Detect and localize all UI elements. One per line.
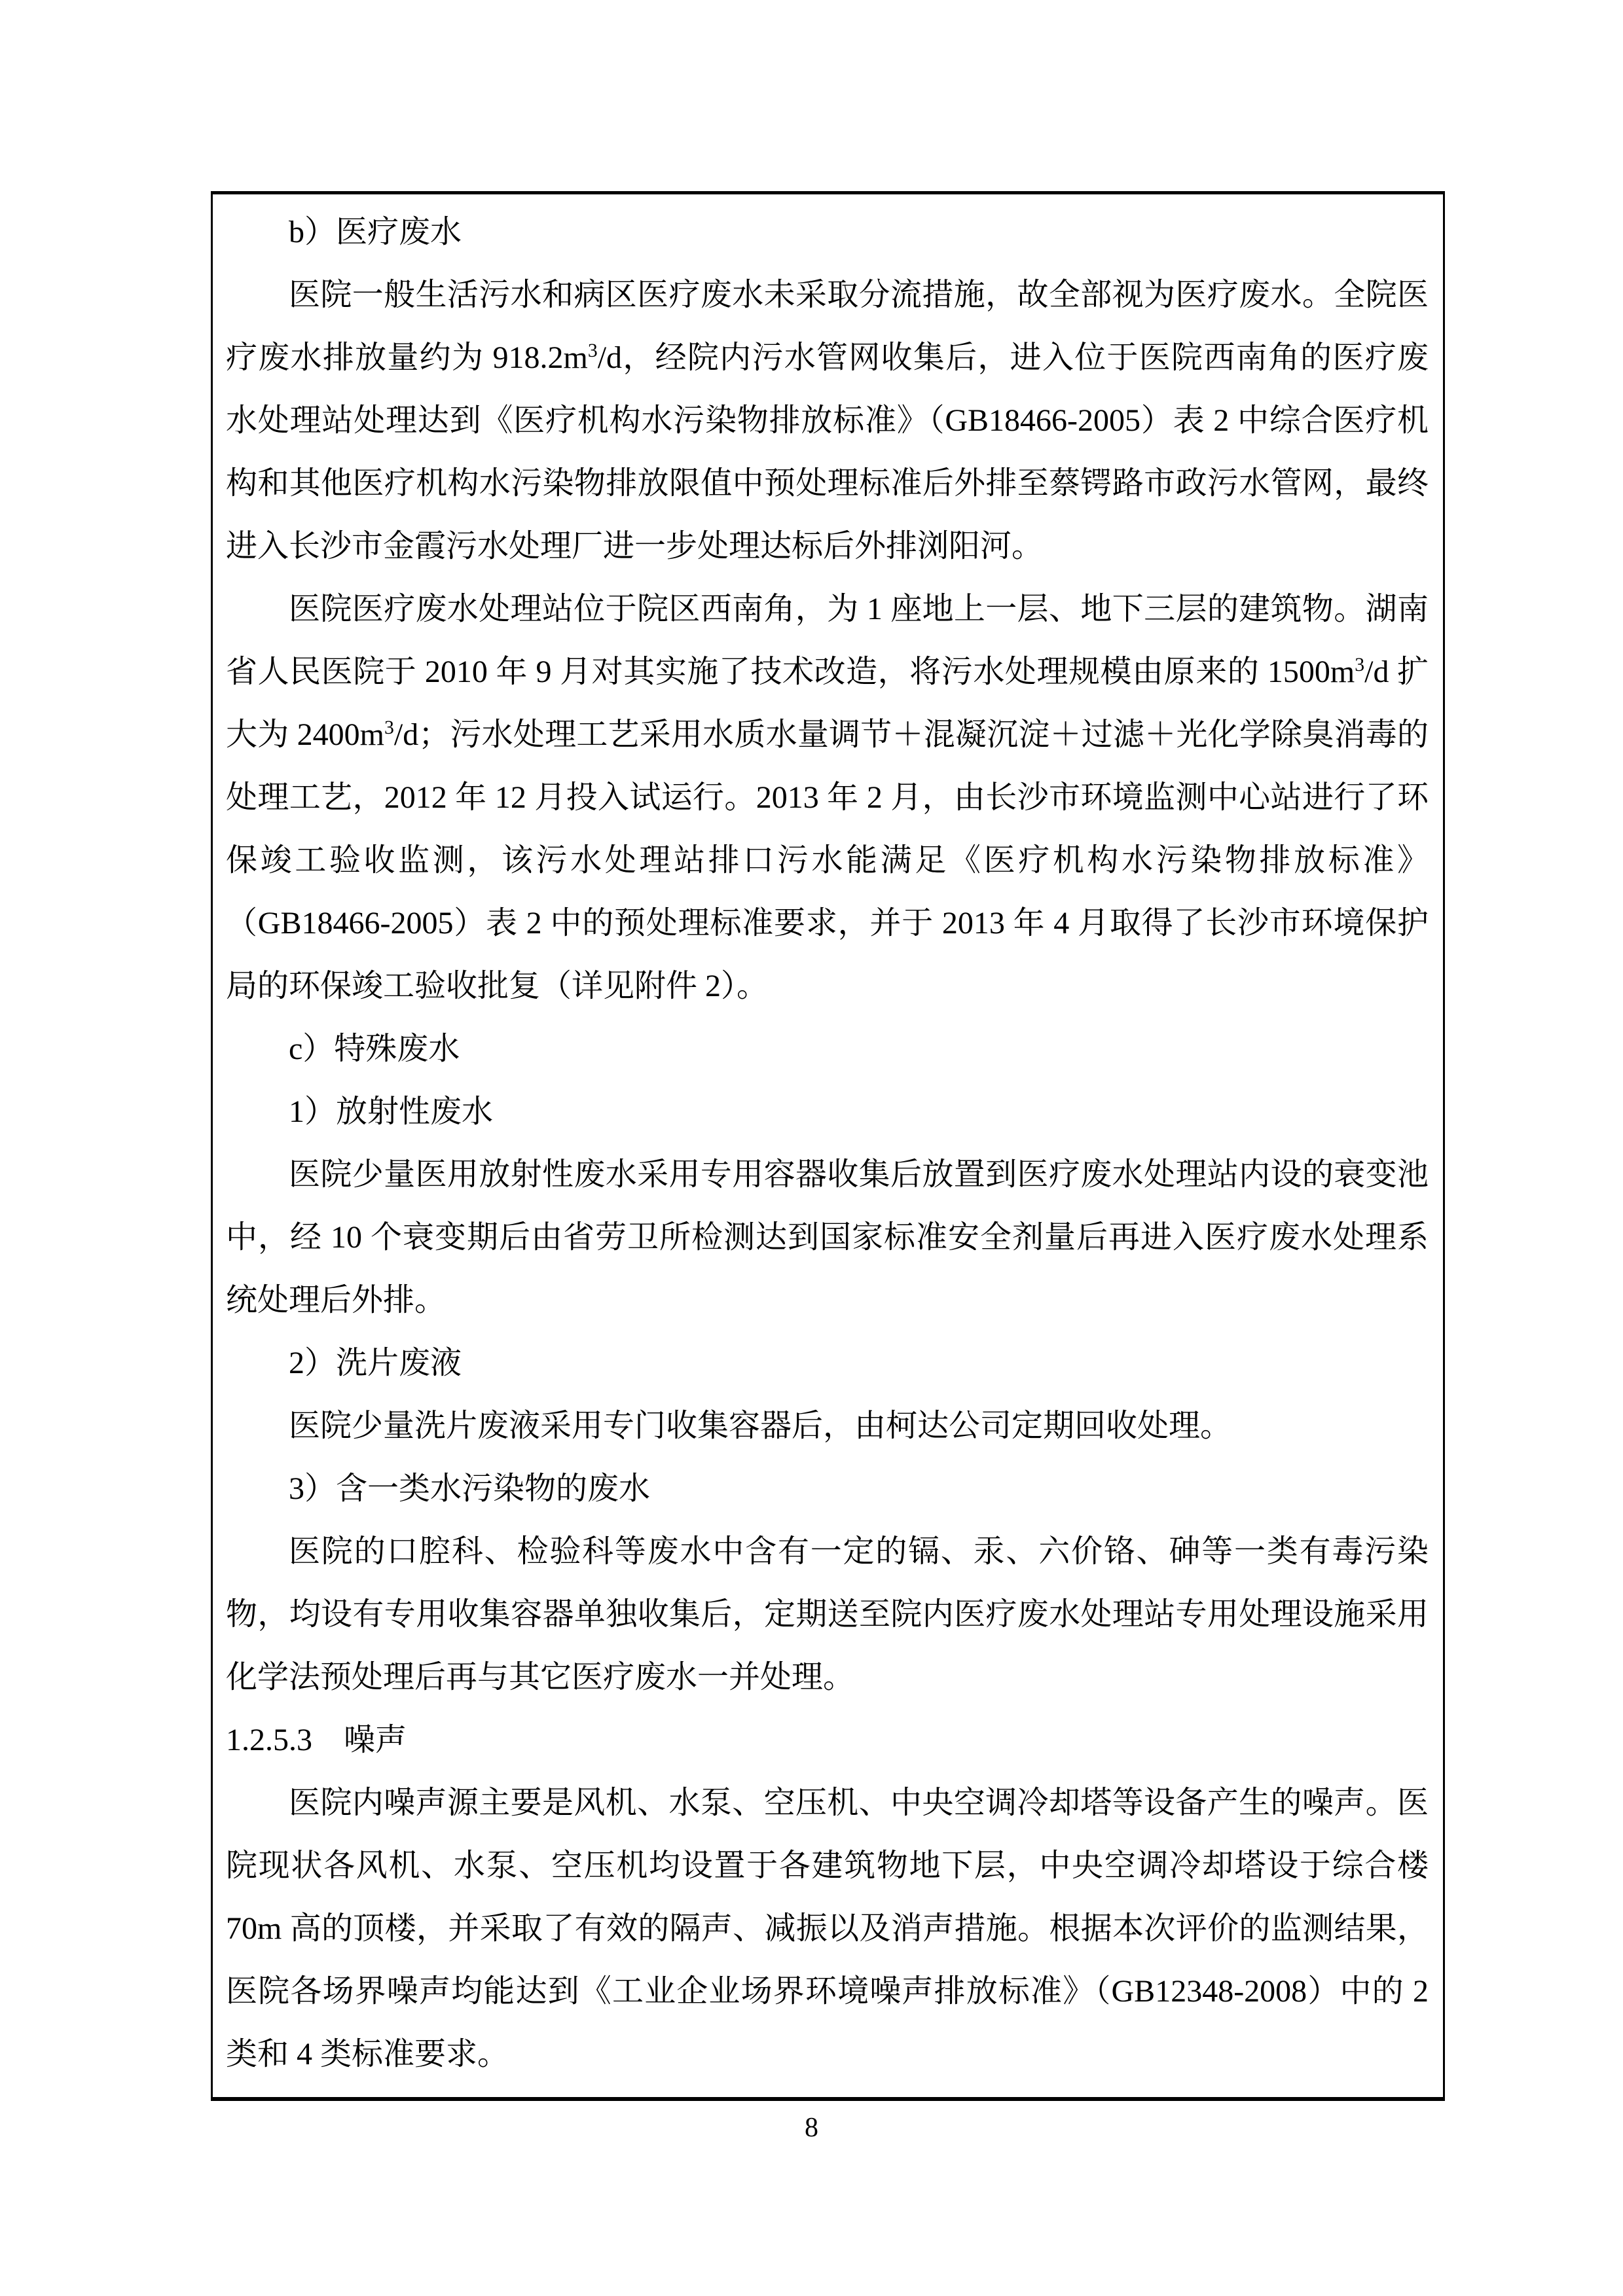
para-treatment-station: 医院医疗废水处理站位于院区西南角，为 1 座地上一层、地下三层的建筑物。湖南省人… [226,578,1429,1018]
heading-3-class1-pollutant-wastewater: 3）含一类水污染物的废水 [226,1458,1429,1520]
heading-2-film-rinse-waste: 2）洗片废液 [226,1332,1429,1395]
para-film-rinse-waste: 医院少量洗片废液采用专门收集容器后，由柯达公司定期回收处理。 [226,1395,1429,1458]
para-radioactive-wastewater: 医院少量医用放射性废水采用专用容器收集后放置到医疗废水处理站内设的衰变池中，经 … [226,1143,1429,1332]
para-noise: 医院内噪声源主要是风机、水泵、空压机、中央空调冷却塔等设备产生的噪声。医院现状各… [226,1772,1429,2086]
heading-item-b-medical-wastewater: b）医疗废水 [226,201,1429,264]
content-border-box: b）医疗废水医院一般生活污水和病区医疗废水未采取分流措施，故全部视为医疗废水。全… [211,191,1445,2101]
heading-1-radioactive-wastewater: 1）放射性废水 [226,1081,1429,1143]
heading-item-c-special-wastewater: c）特殊废水 [226,1018,1429,1081]
para-medical-wastewater-overview: 医院一般生活污水和病区医疗废水未采取分流措施，故全部视为医疗废水。全院医疗废水排… [226,264,1429,578]
heading-1-2-5-3-noise: 1.2.5.3 噪声 [226,1709,1429,1772]
para-class1-pollutant-wastewater: 医院的口腔科、检验科等废水中含有一定的镉、汞、六价铬、砷等一类有毒污染物，均设有… [226,1520,1429,1709]
document-page: b）医疗废水医院一般生活污水和病区医疗废水未采取分流措施，故全部视为医疗废水。全… [0,0,1623,2296]
document-text: b）医疗废水医院一般生活污水和病区医疗废水未采取分流措施，故全部视为医疗废水。全… [226,201,1429,2086]
page-number: 8 [0,2114,1623,2142]
